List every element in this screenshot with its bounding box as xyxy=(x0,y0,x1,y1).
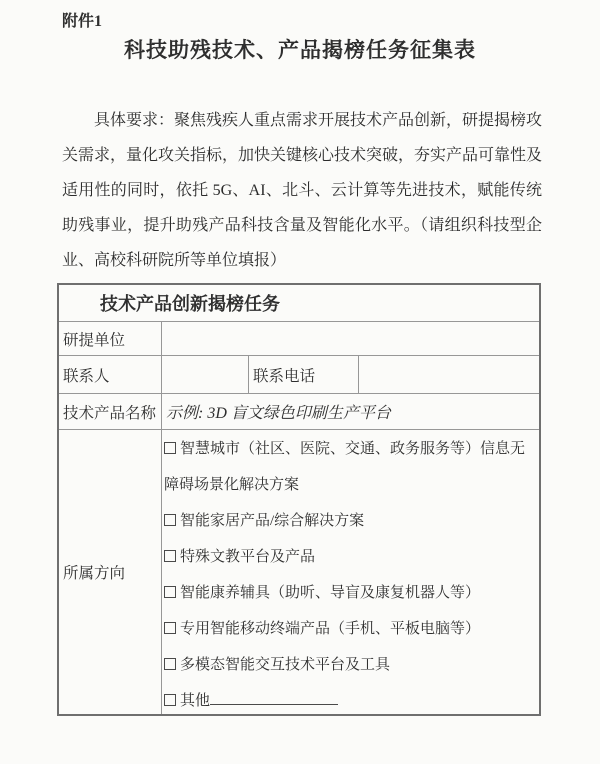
option-label: 专用智能移动终端产品（手机、平板电脑等） xyxy=(180,621,480,637)
attachment-label: 附件1 xyxy=(62,8,102,31)
table-row-direction: 所属方向 智慧城市（社区、医院、交通、政务服务等）信息无障碍场景化解决方案 智能… xyxy=(59,429,539,714)
contact-value-cell[interactable] xyxy=(161,356,248,393)
checkbox-icon[interactable] xyxy=(164,622,176,634)
direction-option-smart-home[interactable]: 智能家居产品/综合解决方案 xyxy=(164,503,535,539)
checkbox-icon[interactable] xyxy=(164,514,176,526)
product-name-example[interactable]: 示例: 3D 盲文绿色印刷生产平台 xyxy=(161,394,539,429)
phone-label: 联系电话 xyxy=(248,356,358,393)
direction-options-list: 智慧城市（社区、医院、交通、政务服务等）信息无障碍场景化解决方案 智能家居产品/… xyxy=(161,430,539,714)
contact-label: 联系人 xyxy=(59,356,161,393)
phone-value-cell[interactable] xyxy=(358,356,539,393)
option-label: 智能家居产品/综合解决方案 xyxy=(180,513,364,529)
option-label: 特殊文教平台及产品 xyxy=(180,549,315,565)
checkbox-icon[interactable] xyxy=(164,694,176,706)
table-header-row: 技术产品创新揭榜任务 xyxy=(59,285,539,321)
direction-option-multimodal-interaction[interactable]: 多模态智能交互技术平台及工具 xyxy=(164,647,535,683)
checkbox-icon[interactable] xyxy=(164,586,176,598)
checkbox-icon[interactable] xyxy=(164,550,176,562)
direction-option-special-education[interactable]: 特殊文教平台及产品 xyxy=(164,539,535,575)
direction-option-other[interactable]: 其他 xyxy=(164,683,535,714)
table-row-unit: 研提单位 xyxy=(59,321,539,355)
direction-label: 所属方向 xyxy=(59,430,161,714)
unit-value-cell[interactable] xyxy=(161,322,539,355)
option-label: 其他 xyxy=(180,693,210,709)
table-row-contact: 联系人 联系电话 xyxy=(59,355,539,393)
requirements-paragraph: 具体要求：聚焦残疾人重点需求开展技术产品创新，研提揭榜攻关需求，量化攻关指标，加… xyxy=(62,103,542,278)
table-header-label: 技术产品创新揭榜任务 xyxy=(100,290,280,316)
task-collection-table: 技术产品创新揭榜任务 研提单位 联系人 联系电话 技术产品名称 示例: 3D 盲… xyxy=(57,283,541,716)
option-label: 多模态智能交互技术平台及工具 xyxy=(180,657,390,673)
other-fill-blank[interactable] xyxy=(210,690,338,705)
direction-option-mobile-terminal[interactable]: 专用智能移动终端产品（手机、平板电脑等） xyxy=(164,611,535,647)
checkbox-icon[interactable] xyxy=(164,658,176,670)
unit-label: 研提单位 xyxy=(59,322,161,355)
option-label: 智能康养辅具（助听、导盲及康复机器人等） xyxy=(180,585,480,601)
direction-option-smart-city[interactable]: 智慧城市（社区、医院、交通、政务服务等）信息无障碍场景化解决方案 xyxy=(164,431,535,503)
document-title: 科技助残技术、产品揭榜任务征集表 xyxy=(0,34,600,64)
table-row-product-name: 技术产品名称 示例: 3D 盲文绿色印刷生产平台 xyxy=(59,393,539,429)
product-name-label: 技术产品名称 xyxy=(59,394,161,429)
direction-option-smart-care-aids[interactable]: 智能康养辅具（助听、导盲及康复机器人等） xyxy=(164,575,535,611)
option-label: 智慧城市（社区、医院、交通、政务服务等）信息无障碍场景化解决方案 xyxy=(164,441,525,493)
checkbox-icon[interactable] xyxy=(164,442,176,454)
